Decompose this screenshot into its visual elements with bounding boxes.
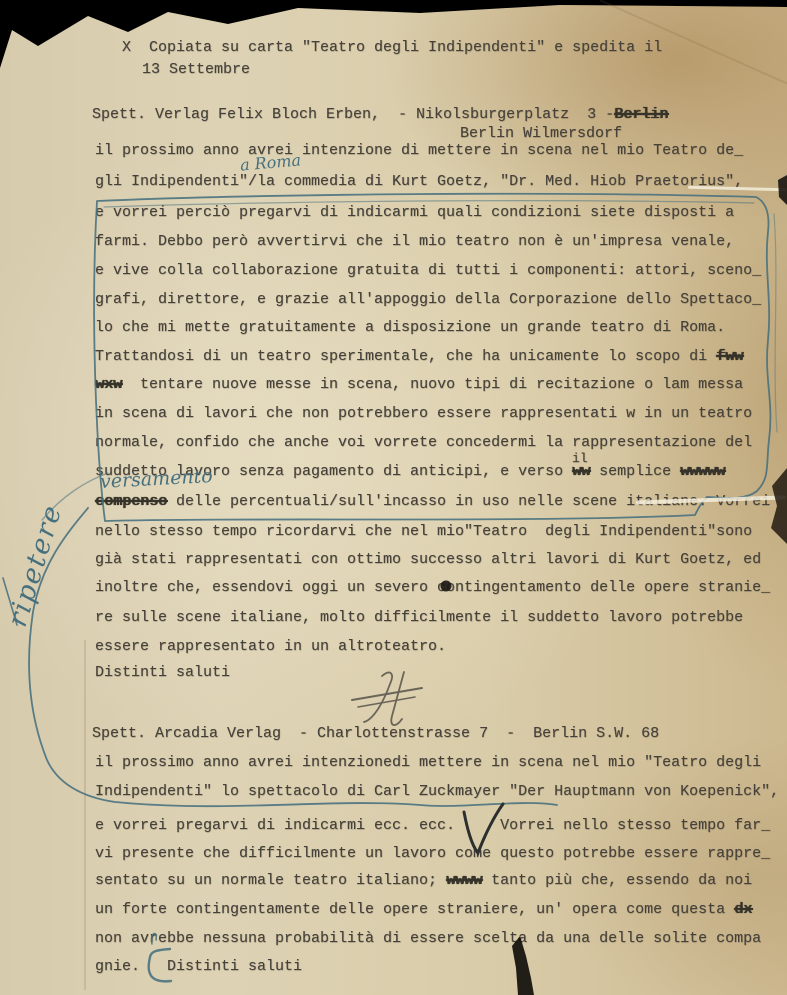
typed-text: un forte contingentamente delle opere st… (95, 901, 734, 918)
struck-text: ww (572, 463, 590, 480)
typed-text: tentare nuove messe in scena, nuovo tipi… (122, 376, 743, 393)
typed-text: tanto più che, essendo da noi (482, 872, 752, 889)
typed-text: Trattandosi di un teatro sperimentale, c… (95, 348, 716, 365)
typed-line: vi presente che difficilmente un lavoro … (95, 844, 770, 864)
typed-line: re sulle scene italiane, molto difficilm… (95, 608, 743, 628)
typed-line: un forte contingentamente delle opere st… (95, 900, 752, 920)
typed-line: normale, confido che anche voi vorrete c… (95, 433, 752, 453)
typed-text: semplice (590, 463, 680, 480)
struck-text: wwwww (680, 463, 725, 480)
typed-text: Spett. Verlag Felix Bloch Erben, - Nikol… (92, 106, 614, 123)
typed-line: lo che mi mette gratuitamente a disposiz… (95, 318, 725, 338)
struck-text: wwww (446, 872, 482, 889)
typed-line: Distinti saluti (95, 663, 230, 683)
letter2-address: Spett. Arcadia Verlag - Charlottenstrass… (92, 724, 659, 744)
typed-line: wxw tentare nuove messe in scena, nuovo … (95, 375, 743, 395)
typed-line: e vorrei perciò pregarvi di indicarmi qu… (95, 203, 734, 223)
typed-line: e vive colla collaborazione gratuita di … (95, 261, 761, 281)
scanned-letter-page: X Copiata su carta "Teatro degli Indipen… (0, 0, 787, 995)
typed-line: non avrebbe nessuna probabilità di esser… (95, 929, 761, 949)
typed-line: il prossimo anno avrei intenzione di met… (95, 141, 743, 161)
typed-line: nello stesso tempo ricordarvi che nel mi… (95, 522, 752, 542)
typed-line: Indipendenti" lo spettacolo di Carl Zuck… (95, 782, 779, 802)
typed-line: e vorrei pregarvi di indicarmi ecc. ecc.… (95, 816, 770, 836)
typed-line: grafi, direttore, e grazie all'appoggio … (95, 290, 761, 310)
struck-text: Berlin (614, 106, 668, 123)
typed-line: gli Indipendenti"/la commedia di Kurt Go… (95, 172, 743, 192)
typed-line: sentato su un normale teatro italiano; w… (95, 871, 752, 891)
struck-text: dx (734, 901, 752, 918)
typed-line: in scena di lavori che non potrebbero es… (95, 404, 752, 424)
typed-line: già stati rappresentati con ottimo succe… (95, 550, 761, 570)
typed-line: gnie. Distinti saluti (95, 957, 302, 977)
typed-line: inoltre che, essendovi oggi un severo co… (95, 578, 770, 598)
typed-line: il prossimo anno avrei intenzionedi mett… (95, 753, 761, 773)
paper-crease (84, 640, 86, 990)
typed-line: Trattandosi di un teatro sperimentale, c… (95, 347, 743, 367)
typed-text: sentato su un normale teatro italiano; (95, 872, 446, 889)
struck-text: compenso (95, 493, 167, 510)
struck-text: wxw (95, 376, 122, 393)
struck-text: fww (716, 348, 743, 365)
typed-line: farmi. Debbo però avvertirvi che il mio … (95, 232, 734, 252)
letter1-address: Spett. Verlag Felix Bloch Erben, - Nikol… (92, 105, 668, 125)
header-note-line2: 13 Settembre (142, 60, 250, 80)
header-note-line1: X Copiata su carta "Teatro degli Indipen… (122, 38, 662, 58)
typed-line: essere rappresentato in un altroteatro. (95, 637, 446, 657)
